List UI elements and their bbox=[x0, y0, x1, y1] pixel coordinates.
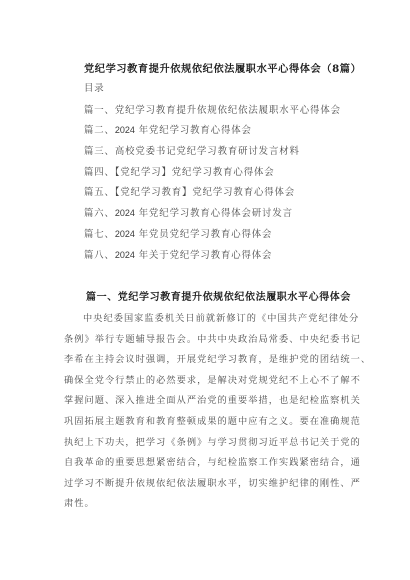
toc-item[interactable]: 篇五、【党纪学习教育】党纪学习教育心得体会 bbox=[84, 182, 364, 203]
toc-item-prefix: 篇四、 bbox=[84, 167, 115, 178]
toc-item-year: 2024 bbox=[115, 250, 135, 260]
toc-item-text: 年关于党纪学习教育心得体会 bbox=[135, 250, 272, 261]
toc-item-prefix: 篇七、 bbox=[84, 229, 115, 240]
toc-item-year: 2024 bbox=[115, 125, 135, 135]
toc-item-year: 2024 bbox=[115, 208, 135, 218]
toc-item-text: 高校党委书记党纪学习教育研讨发言材料 bbox=[115, 146, 300, 157]
toc-item-prefix: 篇六、 bbox=[84, 208, 115, 219]
paragraph-line: 自我革命的重要思想紧密结合，与纪检监察工作实践紧密结合，通 bbox=[64, 453, 349, 474]
body-paragraph: 中央纪委国家监委机关日前就新修订的《中国共产党纪律处分 条例》举行专题辅导报告会… bbox=[64, 309, 349, 515]
toc-item-year: 2024 bbox=[115, 229, 135, 239]
paragraph-line: 肃性。 bbox=[64, 494, 349, 515]
toc-item[interactable]: 篇七、2024 年党员党纪学习教育心得体会 bbox=[84, 224, 364, 245]
toc-item-text: 【党纪学习教育】党纪学习教育心得体会 bbox=[115, 187, 295, 198]
toc-item[interactable]: 篇八、2024 年关于党纪学习教育心得体会 bbox=[84, 245, 364, 266]
toc-item-prefix: 篇五、 bbox=[84, 187, 115, 198]
document-page: 党纪学习教育提升依规依纪依法履职水平心得体会（8篇） 目录 篇一、党纪学习教育提… bbox=[0, 0, 410, 580]
toc-item-text: 【党纪学习】党纪学习教育心得体会 bbox=[115, 167, 275, 178]
toc-item-prefix: 篇三、 bbox=[84, 146, 115, 157]
section-heading: 篇一、党纪学习教育提升依规依纪依法履职水平心得体会 bbox=[86, 291, 351, 305]
toc-item[interactable]: 篇一、党纪学习教育提升依规依纪依法履职水平心得体会 bbox=[84, 100, 364, 121]
toc-heading: 目录 bbox=[84, 79, 364, 100]
paragraph-line: 执纪上下功夫，把学习《条例》与学习贯彻习近平总书记关于党的 bbox=[64, 433, 349, 454]
toc-item-prefix: 篇一、 bbox=[84, 105, 115, 116]
toc-item-text: 年党纪学习教育心得体会研讨发言 bbox=[135, 208, 293, 219]
paragraph-line: 李希在主持会议时强调，开展党纪学习教育，是维护党的团结统一、 bbox=[64, 350, 349, 371]
toc-item[interactable]: 篇四、【党纪学习】党纪学习教育心得体会 bbox=[84, 162, 364, 183]
paragraph-line: 掌握问题、深入推进全面从严治党的重要举措，也是纪检监察机关 bbox=[64, 391, 349, 412]
toc-item[interactable]: 篇六、2024 年党纪学习教育心得体会研讨发言 bbox=[84, 203, 364, 224]
toc-item-prefix: 篇二、 bbox=[84, 125, 115, 136]
toc-item[interactable]: 篇三、高校党委书记党纪学习教育研讨发言材料 bbox=[84, 141, 364, 162]
document-title: 党纪学习教育提升依规依纪依法履职水平心得体会（8篇） bbox=[84, 62, 384, 76]
paragraph-line: 条例》举行专题辅导报告会。中共中央政治局常委、中央纪委书记 bbox=[64, 330, 349, 351]
paragraph-line: 确保全党令行禁止的必然要求，是解决对党规党纪不上心不了解不 bbox=[64, 371, 349, 392]
toc-item-text: 年党员党纪学习教育心得体会 bbox=[135, 229, 272, 240]
toc-item-text: 年党纪学习教育心得体会 bbox=[135, 125, 252, 136]
paragraph-line: 巩固拓展主题教育和教育整顿成果的题中应有之义。要在准确规范 bbox=[64, 412, 349, 433]
paragraph-line: 过学习不断提升依规依纪依法履职水平，切实维护纪律的刚性、严 bbox=[64, 474, 349, 495]
toc-item-prefix: 篇八、 bbox=[84, 250, 115, 261]
paragraph-line: 中央纪委国家监委机关日前就新修订的《中国共产党纪律处分 bbox=[64, 309, 349, 330]
toc-item-text: 党纪学习教育提升依规依纪依法履职水平心得体会 bbox=[115, 105, 341, 116]
table-of-contents: 目录 篇一、党纪学习教育提升依规依纪依法履职水平心得体会 篇二、2024 年党纪… bbox=[84, 79, 364, 265]
toc-item[interactable]: 篇二、2024 年党纪学习教育心得体会 bbox=[84, 120, 364, 141]
